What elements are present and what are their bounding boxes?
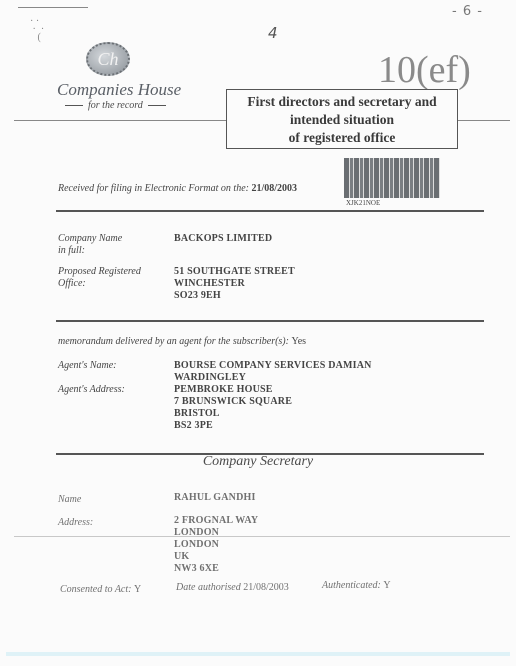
handwritten-mark: 4: [268, 24, 278, 42]
form-title-line-1: First directors and secretary and: [227, 93, 457, 111]
brand-tagline-text: for the record: [88, 100, 143, 111]
section-title-company-secretary: Company Secretary: [0, 454, 516, 470]
page-number: - 6 -: [452, 4, 483, 19]
agent-name-line: BOURSE COMPANY SERVICES DAMIAN: [174, 360, 372, 372]
form-title-box: First directors and secretary and intend…: [226, 89, 458, 149]
received-for-filing: Received for filing in Electronic Format…: [58, 183, 297, 195]
barcode: [344, 158, 440, 198]
agent-address-line: BRISTOL: [174, 408, 292, 420]
secretary-address-label: Address:: [58, 517, 93, 529]
consented-value: Y: [134, 584, 141, 595]
logo-glyph: Ch: [97, 49, 118, 70]
authenticated-label: Authenticated:: [322, 580, 381, 591]
office-address-line: 51 SOUTHGATE STREET: [174, 266, 295, 278]
secretary-address-line: UK: [174, 551, 258, 563]
secretary-address-line: NW3 6XE: [174, 563, 258, 575]
company-name-label: Company Name in full:: [58, 233, 122, 257]
divider-2: [56, 320, 484, 322]
scan-artifact-line: [14, 536, 510, 537]
agent-address-line: PEMBROKE HOUSE: [174, 384, 292, 396]
agent-address-line: 7 BRUNSWICK SQUARE: [174, 396, 292, 408]
date-authorised-label: Date authorised: [176, 582, 241, 593]
memorandum-value: Yes: [291, 336, 306, 347]
registered-office-label-line-1: Proposed Registered: [58, 266, 141, 278]
agent-address-label: Agent's Address:: [58, 384, 125, 396]
date-authorised-value: 21/08/2003: [243, 582, 289, 593]
memorandum-row: memorandum delivered by an agent for the…: [58, 336, 306, 348]
authenticated-value: Y: [383, 580, 390, 591]
authenticated-row: Authenticated: Y: [322, 580, 391, 592]
date-authorised-row: Date authorised 21/08/2003: [176, 582, 289, 594]
agent-name-line: WARDINGLEY: [174, 372, 372, 384]
form-title-line-2: intended situation: [227, 111, 457, 129]
barcode-id: XJK21NOE: [346, 199, 380, 207]
received-date: 21/08/2003: [251, 183, 297, 194]
form-code: 10(ef): [378, 48, 471, 92]
brand-tagline: for the record: [60, 100, 171, 111]
scan-mark-line: [18, 7, 88, 8]
received-label: Received for filing in Electronic Format…: [58, 183, 249, 194]
secretary-name: RAHUL GANDHI: [174, 492, 256, 504]
office-address-line: SO23 9EH: [174, 290, 295, 302]
company-name-label-line-2: in full:: [58, 245, 122, 257]
secretary-address-line: LONDON: [174, 527, 258, 539]
scan-edge-band: [6, 652, 510, 656]
form-title-line-3: of registered office: [227, 129, 457, 147]
consented-row: Consented to Act: Y: [60, 584, 141, 596]
registered-office-label: Proposed Registered Office:: [58, 266, 141, 290]
secretary-address: 2 FROGNAL WAY LONDON LONDON UK NW3 6XE: [174, 515, 258, 575]
secretary-name-label: Name: [58, 494, 81, 506]
agent-address-line: BS2 3PE: [174, 420, 292, 432]
registered-office-label-line-2: Office:: [58, 278, 141, 290]
consented-label: Consented to Act:: [60, 584, 131, 595]
registered-office-address: 51 SOUTHGATE STREET WINCHESTER SO23 9EH: [174, 266, 295, 302]
company-name-label-line-1: Company Name: [58, 233, 122, 245]
company-name: BACKOPS LIMITED: [174, 233, 272, 245]
scan-specks: · · · · (: [30, 18, 44, 42]
office-address-line: WINCHESTER: [174, 278, 295, 290]
divider-1: [56, 210, 484, 212]
brand-name: Companies House: [57, 80, 181, 100]
memorandum-label: memorandum delivered by an agent for the…: [58, 336, 289, 347]
agent-name: BOURSE COMPANY SERVICES DAMIAN WARDINGLE…: [174, 360, 372, 384]
agent-address: PEMBROKE HOUSE 7 BRUNSWICK SQUARE BRISTO…: [174, 384, 292, 432]
secretary-address-line: LONDON: [174, 539, 258, 551]
companies-house-crest-icon: Ch: [86, 42, 130, 76]
secretary-address-line: 2 FROGNAL WAY: [174, 515, 258, 527]
agent-name-label: Agent's Name:: [58, 360, 117, 372]
